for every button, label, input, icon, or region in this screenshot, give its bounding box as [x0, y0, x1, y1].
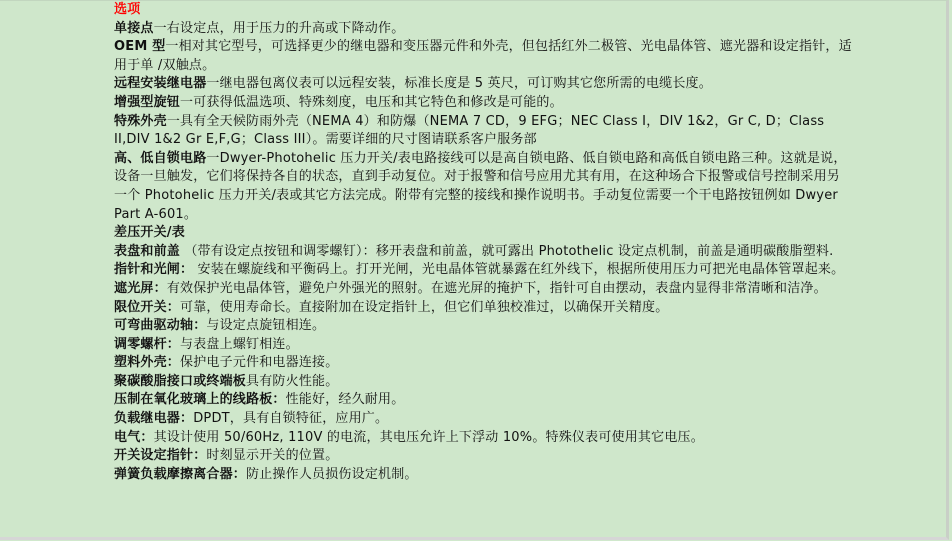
dp-term: 弹簧负载摩擦离合器： — [114, 467, 246, 482]
dp-item-circuit-board: 压制在氧化玻璃上的线路板：性能好，经久耐用。 — [114, 391, 852, 410]
section-title-dp-switch: 差压开关/表 — [114, 224, 852, 243]
dp-item-plastic-housing: 塑料外壳：保护电子元件和电器连接。 — [114, 354, 852, 373]
dp-item-setpoint-pointer: 开关设定指针：时刻显示开关的位置。 — [114, 447, 852, 466]
dp-item-zero-screw: 调零螺杆：与表盘上螺钉相连。 — [114, 336, 852, 355]
dp-term: 可弯曲驱动轴： — [114, 318, 206, 333]
dp-text: 安装在螺旋线和平衡码上。打开光闸，光电晶体管就暴露在红外线下，根据所使用压力可把… — [193, 262, 844, 277]
dp-text: 与表盘上螺钉相连。 — [180, 337, 299, 352]
document-content: 选项 单接点一右设定点，用于压力的升高或下降动作。 OEM 型一相对其它型号，可… — [114, 1, 852, 484]
option-latching-circuit: 高、低自锁电路一Dwyer-Photohelic 压力开关/表电路接线可以是高自… — [114, 150, 852, 224]
dp-item-friction-clutch: 弹簧负载摩擦离合器：防止操作人员损伤设定机制。 — [114, 466, 852, 485]
option-term: 增强型旋钮 — [114, 95, 180, 110]
option-enhanced-knob: 增强型旋钮一可获得低温选项、特殊刻度，电压和其它特色和修改是可能的。 — [114, 94, 852, 113]
dp-text: 性能好，经久耐用。 — [286, 392, 405, 407]
option-term: 远程安装继电器 — [114, 76, 206, 91]
dp-text: 时刻显示开关的位置。 — [206, 448, 338, 463]
dp-term: 表盘和前盖 — [114, 244, 180, 259]
option-remote-relay: 远程安装继电器一继电器包离仪表可以远程安装，标准长度是 5 英尺，可订购其它您所… — [114, 75, 852, 94]
dp-item-terminal-board: 聚碳酸脂接口或终端板具有防火性能。 — [114, 373, 852, 392]
option-term: 单接点 — [114, 21, 154, 36]
document-frame: 选项 单接点一右设定点，用于压力的升高或下降动作。 OEM 型一相对其它型号，可… — [0, 0, 949, 540]
dp-text: 与设定点旋钮相连。 — [206, 318, 325, 333]
option-text: 一相对其它型号，可选择更少的继电器和变压器元件和外壳，但包括红外二极管、光电晶体… — [114, 39, 852, 73]
dp-item-flex-shaft: 可弯曲驱动轴：与设定点旋钮相连。 — [114, 317, 852, 336]
dp-item-limit-switch: 限位开关：可靠，使用寿命长。直接附加在设定指针上，但它们单独校准过，以确保开关精… — [114, 299, 852, 318]
option-text: 一Dwyer-Photohelic 压力开关/表电路接线可以是高自锁电路、低自锁… — [114, 151, 847, 222]
dp-term: 指针和光闸： — [114, 262, 193, 277]
option-text: 一右设定点，用于压力的升高或下降动作。 — [154, 21, 405, 36]
dp-term: 负载继电器： — [114, 411, 193, 426]
dp-text: （带有设定点按钮和调零螺钉）：移开表盘和前盖，就可露出 Photothelic … — [180, 244, 833, 259]
dp-text: 保护电子元件和电器连接。 — [180, 355, 338, 370]
section-title-options: 选项 — [114, 1, 852, 20]
dp-term: 调零螺杆： — [114, 337, 180, 352]
option-text: 一具有全天候防雨外壳（NEMA 4）和防爆（NEMA 7 CD，9 EFG；NE… — [114, 114, 824, 148]
dp-item-light-shield: 遮光屏：有效保护光电晶体管，避免户外强光的照射。在遮光屏的掩护下，指针可自由摆动… — [114, 280, 852, 299]
option-special-housing: 特殊外壳一具有全天候防雨外壳（NEMA 4）和防爆（NEMA 7 CD，9 EF… — [114, 113, 852, 150]
dp-term: 遮光屏： — [114, 281, 167, 296]
dp-text: 其设计使用 50/60Hz, 110V 的电流，其电压允许上下浮动 10%。特殊… — [154, 430, 704, 445]
dp-item-load-relay: 负载继电器：DPDT，具有自锁特征，应用广。 — [114, 410, 852, 429]
dp-term: 开关设定指针： — [114, 448, 206, 463]
dp-item-dial-cover: 表盘和前盖 （带有设定点按钮和调零螺钉）：移开表盘和前盖，就可露出 Photot… — [114, 243, 852, 262]
option-oem: OEM 型一相对其它型号，可选择更少的继电器和变压器元件和外壳，但包括红外二极管… — [114, 38, 852, 75]
dp-text: 防止操作人员损伤设定机制。 — [246, 467, 418, 482]
dp-term: 电气： — [114, 430, 154, 445]
dp-item-pointer-shutter: 指针和光闸： 安装在螺旋线和平衡码上。打开光闸，光电晶体管就暴露在红外线下，根据… — [114, 261, 852, 280]
dp-text: 可靠，使用寿命长。直接附加在设定指针上，但它们单独校准过，以确保开关精度。 — [180, 300, 668, 315]
option-single-contact: 单接点一右设定点，用于压力的升高或下降动作。 — [114, 20, 852, 39]
dp-term: 限位开关： — [114, 300, 180, 315]
option-text: 一可获得低温选项、特殊刻度，电压和其它特色和修改是可能的。 — [180, 95, 563, 110]
option-term: 特殊外壳 — [114, 114, 167, 129]
option-term: OEM 型 — [114, 39, 165, 54]
dp-term: 聚碳酸脂接口或终端板 — [114, 374, 246, 389]
option-text: 一继电器包离仪表可以远程安装，标准长度是 5 英尺，可订购其它您所需的电缆长度。 — [206, 76, 712, 91]
dp-text: DPDT，具有自锁特征，应用广。 — [193, 411, 388, 426]
option-term: 高、低自锁电路 — [114, 151, 206, 166]
dp-text: 有效保护光电晶体管，避免户外强光的照射。在遮光屏的掩护下，指针可自由摆动，表盘内… — [167, 281, 827, 296]
dp-text: 具有防火性能。 — [246, 374, 338, 389]
dp-term: 塑料外壳： — [114, 355, 180, 370]
dp-item-electrical: 电气：其设计使用 50/60Hz, 110V 的电流，其电压允许上下浮动 10%… — [114, 429, 852, 448]
dp-term: 压制在氧化玻璃上的线路板： — [114, 392, 286, 407]
